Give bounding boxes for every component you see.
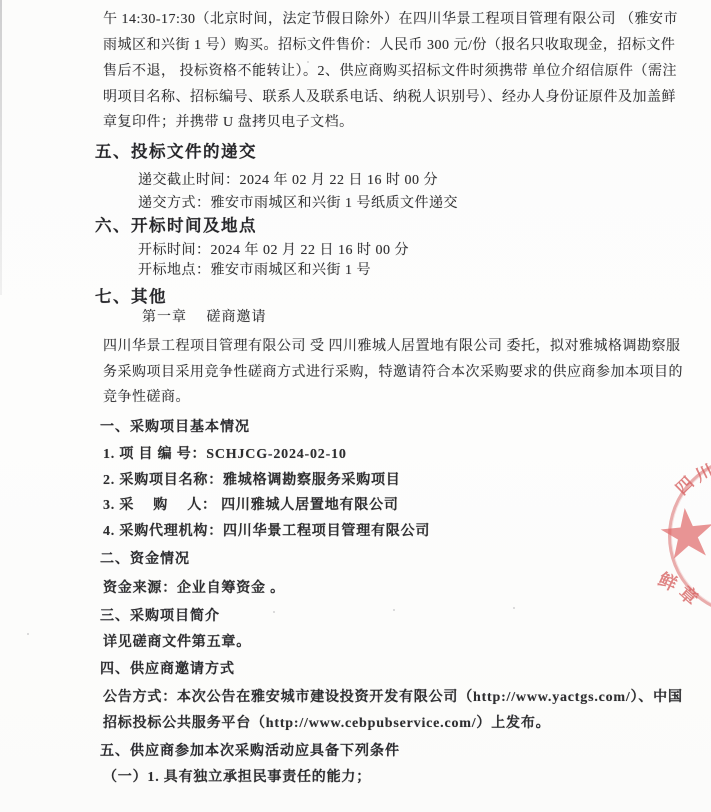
seal-circle	[668, 456, 711, 616]
scan-speck	[27, 633, 29, 635]
fund-source-line: 资金来源：企业自筹资金 。	[103, 576, 285, 602]
invitation-line: 务采购项目采用竞争性磋商方式进行采购，特邀请符合本次采购要求的供应商参加本项目的	[103, 360, 683, 386]
seal-arc-char: 川	[690, 457, 711, 487]
section-heading-opening: 六、开标时间及地点	[95, 213, 257, 239]
scan-edge-shadow	[0, 0, 2, 295]
announcement-line: 招标投标公共服务平台（http://www.cebpubservice.com/…	[103, 711, 550, 737]
heading-invite-method: 四、供应商邀请方式	[100, 657, 235, 683]
scanned-document-page: 午 14:30-17:30（北京时间，法定节假日除外）在四川华景工程项目管理有限…	[0, 0, 711, 812]
heading-supplier-conditions: 五、供应商参加本次采购活动应具备下列条件	[100, 739, 400, 765]
project-number-line: 1. 项 目 编 号：SCHJCG-2024-02-10	[103, 442, 347, 468]
heading-project-basics: 一、采购项目基本情况	[100, 415, 250, 441]
paragraph-line: 章复印件；并携带 U 盘拷贝电子文档。	[103, 110, 354, 136]
condition-line: （一）1. 具有独立承担民事责任的能力；	[103, 765, 371, 791]
paragraph-line: 明项目名称、招标编号、联系人及联系电话、纳税人识别号）、经办人身份证原件及加盖鲜	[103, 85, 676, 111]
invitation-line: 四川华景工程项目管理有限公司 受 四川雅城人居置地有限公司 委托，拟对雅城格调勘…	[103, 334, 681, 360]
project-name-line: 2. 采购项目名称：雅城格调勘察服务采购项目	[103, 468, 401, 494]
opening-place-line: 开标地点：雅安市雨城区和兴街 1 号	[138, 258, 371, 284]
scan-speck	[513, 607, 515, 609]
scan-speck	[273, 611, 275, 613]
agency-line: 4. 采购代理机构：四川华景工程项目管理有限公司	[103, 519, 430, 545]
paragraph-line: 售后不退， 投标资格不能转让）。2、供应商购买招标文件时须携带 单位介绍信原件（…	[103, 59, 677, 85]
paragraph-line: 雨城区和兴街 1 号）购买。招标文件售价：人民币 300 元/份（报名只收取现金…	[103, 33, 675, 59]
heading-funds: 二、资金情况	[100, 547, 190, 573]
intro-reference-line: 详见磋商文件第五章。	[103, 630, 251, 656]
paragraph-line: 午 14:30-17:30（北京时间，法定节假日除外）在四川华景工程项目管理有限…	[103, 7, 678, 33]
announcement-line: 公告方式：本次公告在雅安城市建设投资开发有限公司（http://www.yact…	[103, 685, 683, 711]
section-heading-submission: 五、投标文件的递交	[95, 139, 257, 165]
invitation-line: 竞争性磋商。	[103, 385, 190, 411]
chapter-title: 第一章 磋商邀请	[142, 305, 267, 331]
seal-bottom-char: 鲜	[654, 565, 682, 596]
heading-project-intro: 三、采购项目简介	[100, 604, 220, 630]
scan-speck	[307, 61, 309, 63]
seal-bottom-char: 章	[674, 579, 705, 610]
seal-arc-char: 四	[669, 470, 699, 500]
purchaser-line: 3. 采 购 人： 四川雅城人居置地有限公司	[103, 493, 399, 519]
seal-star-icon: ★	[654, 498, 711, 572]
scan-speck	[393, 609, 395, 611]
